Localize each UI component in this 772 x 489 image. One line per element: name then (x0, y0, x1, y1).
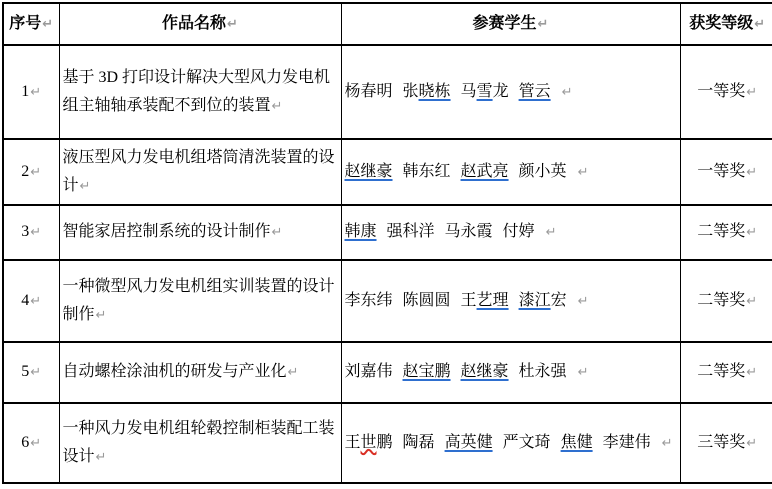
header-cell-award[interactable]: 获奖等级↵ (680, 3, 772, 45)
award-level: 二等奖 (697, 363, 745, 380)
table-row: 1↵基于 3D 打印设计解决大型风力发电机组主轴轴承装配不到位的装置↵杨春明张晓… (3, 45, 772, 139)
student-name: 颜小英 (519, 158, 567, 186)
spellcheck-underline-blue: 艺理 (477, 292, 509, 309)
cell-students[interactable]: 王世鹏陶磊高英健严文琦焦健李建伟↵ (341, 403, 680, 483)
spellcheck-underline-blue: 赵继豪 (461, 363, 509, 380)
name-text: 陶磊 (403, 434, 435, 451)
name-text: 韩东红 (403, 163, 451, 180)
name-text: 王 (345, 434, 361, 451)
paragraph-mark: ↵ (746, 85, 757, 100)
name-text: 马 (461, 83, 477, 100)
name-text: 龙 (493, 83, 509, 100)
paragraph-mark: ↵ (288, 365, 299, 380)
cell-row-number[interactable]: 3↵ (3, 205, 59, 260)
paragraph-mark: ↵ (662, 436, 673, 451)
paragraph-mark: ↵ (746, 365, 757, 380)
paragraph-mark: ↵ (30, 365, 41, 380)
student-name: 赵武亮 (461, 158, 509, 186)
paragraph-mark: ↵ (746, 436, 757, 451)
cell-row-number[interactable]: 4↵ (3, 260, 59, 342)
cell-work-title[interactable]: 一种风力发电机组轮毂控制柜装配工装设计↵ (59, 403, 341, 483)
paragraph-mark: ↵ (578, 165, 589, 180)
cell-award[interactable]: 二等奖↵ (680, 260, 772, 342)
cell-students[interactable]: 李东纬陈圆圆王艺理漆江宏↵ (341, 260, 680, 342)
header-cell-students[interactable]: 参赛学生↵ (341, 3, 680, 45)
paragraph-mark: ↵ (96, 308, 107, 323)
row-number: 3 (21, 223, 29, 240)
student-name: 赵宝鹏 (403, 358, 451, 386)
student-name: 付婷 (503, 218, 535, 246)
cell-work-title[interactable]: 基于 3D 打印设计解决大型风力发电机组主轴轴承装配不到位的装置↵ (59, 45, 341, 139)
award-level: 三等奖 (697, 434, 745, 451)
paragraph-mark: ↵ (30, 436, 41, 451)
student-name: 王艺理 (461, 287, 509, 315)
student-name: 焦健 (561, 429, 593, 457)
paragraph-mark: ↵ (30, 294, 41, 309)
document-page: 序号↵ 作品名称↵ 参赛学生↵ 获奖等级↵ 1↵基于 3D 打印设计解决大型风力… (0, 0, 772, 489)
student-name: 马雪龙 (461, 78, 509, 106)
spellcheck-underline-blue: 赵宝鹏 (403, 363, 451, 380)
name-text: 刘嘉伟 (345, 363, 393, 380)
spellcheck-underline-blue: 焦健 (561, 434, 593, 451)
cell-row-number[interactable]: 2↵ (3, 139, 59, 205)
student-name: 赵继豪 (461, 358, 509, 386)
student-name: 韩康 (345, 218, 377, 246)
name-text: 杨春明 (345, 83, 393, 100)
cell-award[interactable]: 一等奖↵ (680, 45, 772, 139)
name-text: 王 (461, 292, 477, 309)
name-text: 李东纬 (345, 292, 393, 309)
paragraph-mark: ↵ (96, 450, 107, 465)
student-name: 强科洋 (387, 218, 435, 246)
name-text: 宏 (551, 292, 567, 309)
student-name: 马永霞 (445, 218, 493, 246)
paragraph-mark: ↵ (538, 17, 549, 32)
paragraph-mark: ↵ (746, 225, 757, 240)
paragraph-mark: ↵ (746, 165, 757, 180)
paragraph-mark: ↵ (272, 99, 283, 114)
student-name: 漆江宏 (519, 287, 567, 315)
student-name: 赵继豪 (345, 158, 393, 186)
paragraph-mark: ↵ (546, 225, 557, 240)
student-name: 杜永强 (519, 358, 567, 386)
cell-row-number[interactable]: 1↵ (3, 45, 59, 139)
name-text: 严文琦 (503, 434, 551, 451)
paragraph-mark: ↵ (562, 85, 573, 100)
paragraph-mark: ↵ (746, 294, 757, 309)
award-level: 二等奖 (697, 223, 745, 240)
work-title: 液压型风力发电机组塔筒清洗装置的设计 (63, 149, 335, 194)
spellcheck-underline-blue: 韩康 (345, 223, 377, 240)
award-level: 一等奖 (697, 163, 745, 180)
cell-work-title[interactable]: 自动螺栓涂油机的研发与产业化↵ (59, 342, 341, 403)
work-title: 自动螺栓涂油机的研发与产业化 (63, 363, 287, 380)
header-label-students: 参赛学生 (473, 15, 537, 32)
name-text: 张 (403, 83, 419, 100)
award-level: 一等奖 (697, 83, 745, 100)
work-title: 智能家居控制系统的设计制作 (63, 223, 271, 240)
header-cell-no[interactable]: 序号↵ (3, 3, 59, 45)
name-text: 强科洋 (387, 223, 435, 240)
cell-award[interactable]: 二等奖↵ (680, 205, 772, 260)
student-name: 韩东红 (403, 158, 451, 186)
student-name: 李东纬 (345, 287, 393, 315)
header-label-work: 作品名称 (162, 15, 226, 32)
paragraph-mark: ↵ (272, 225, 283, 240)
spellcheck-underline-blue: 晓栋 (419, 83, 451, 100)
awards-table: 序号↵ 作品名称↵ 参赛学生↵ 获奖等级↵ 1↵基于 3D 打印设计解决大型风力… (2, 2, 772, 484)
student-name: 刘嘉伟 (345, 358, 393, 386)
student-name: 杨春明 (345, 78, 393, 106)
spellcheck-underline-blue: 雪 (477, 83, 493, 100)
row-number: 2 (21, 163, 29, 180)
spellcheck-underline-blue: 赵继豪 (345, 163, 393, 180)
paragraph-mark: ↵ (578, 294, 589, 309)
paragraph-mark: ↵ (42, 17, 53, 32)
work-title: 基于 3D 打印设计解决大型风力发电机组主轴轴承装配不到位的装置 (63, 69, 331, 114)
name-text: 陈圆圆 (403, 292, 451, 309)
cell-students[interactable]: 赵继豪韩东红赵武亮颜小英↵ (341, 139, 680, 205)
spellcheck-underline-red: 世 (361, 434, 377, 451)
student-name: 张晓栋 (403, 78, 451, 106)
name-text: 颜小英 (519, 163, 567, 180)
table-row: 5↵自动螺栓涂油机的研发与产业化↵刘嘉伟赵宝鹏赵继豪杜永强↵二等奖↵ (3, 342, 772, 403)
cell-work-title[interactable]: 智能家居控制系统的设计制作↵ (59, 205, 341, 260)
spellcheck-underline-blue: 管云 (519, 83, 551, 100)
student-name: 李建伟 (603, 429, 651, 457)
paragraph-mark: ↵ (754, 17, 765, 32)
name-text: 付婷 (503, 223, 535, 240)
table-row: 2↵液压型风力发电机组塔筒清洗装置的设计↵赵继豪韩东红赵武亮颜小英↵一等奖↵ (3, 139, 772, 205)
student-name: 管云 (519, 78, 551, 106)
paragraph-mark: ↵ (80, 179, 91, 194)
cell-award[interactable]: 一等奖↵ (680, 139, 772, 205)
spellcheck-underline-blue: 高英健 (445, 434, 493, 451)
spellcheck-underline-blue: 漆江 (519, 292, 551, 309)
student-name: 高英健 (445, 429, 493, 457)
cell-students[interactable]: 韩康强科洋马永霞付婷↵ (341, 205, 680, 260)
spellcheck-underline-blue: 赵武亮 (461, 163, 509, 180)
paragraph-mark: ↵ (30, 225, 41, 240)
student-name: 陈圆圆 (403, 287, 451, 315)
award-level: 二等奖 (697, 292, 745, 309)
cell-work-title[interactable]: 一种微型风力发电机组实训装置的设计制作↵ (59, 260, 341, 342)
table-row: 3↵智能家居控制系统的设计制作↵韩康强科洋马永霞付婷↵二等奖↵ (3, 205, 772, 260)
table-row: 6↵一种风力发电机组轮毂控制柜装配工装设计↵王世鹏陶磊高英健严文琦焦健李建伟↵三… (3, 403, 772, 483)
name-text: 李建伟 (603, 434, 651, 451)
paragraph-mark: ↵ (30, 85, 41, 100)
row-number: 6 (21, 434, 29, 451)
row-number: 1 (21, 83, 29, 100)
row-number: 4 (21, 292, 29, 309)
header-label-no: 序号 (9, 15, 41, 32)
cell-row-number[interactable]: 5↵ (3, 342, 59, 403)
awards-table-body: 1↵基于 3D 打印设计解决大型风力发电机组主轴轴承装配不到位的装置↵杨春明张晓… (3, 45, 772, 483)
paragraph-mark: ↵ (227, 17, 238, 32)
table-row: 4↵一种微型风力发电机组实训装置的设计制作↵李东纬陈圆圆王艺理漆江宏↵二等奖↵ (3, 260, 772, 342)
cell-award[interactable]: 三等奖↵ (680, 403, 772, 483)
name-text: 鹏 (377, 434, 393, 451)
paragraph-mark: ↵ (30, 165, 41, 180)
paragraph-mark: ↵ (578, 365, 589, 380)
cell-work-title[interactable]: 液压型风力发电机组塔筒清洗装置的设计↵ (59, 139, 341, 205)
header-cell-work[interactable]: 作品名称↵ (59, 3, 341, 45)
name-text: 马永霞 (445, 223, 493, 240)
student-name: 王世鹏 (345, 429, 393, 457)
cell-students[interactable]: 刘嘉伟赵宝鹏赵继豪杜永强↵ (341, 342, 680, 403)
cell-students[interactable]: 杨春明张晓栋马雪龙管云↵ (341, 45, 680, 139)
table-header-row: 序号↵ 作品名称↵ 参赛学生↵ 获奖等级↵ (3, 3, 772, 45)
header-label-award: 获奖等级 (689, 15, 753, 32)
cell-row-number[interactable]: 6↵ (3, 403, 59, 483)
row-number: 5 (21, 363, 29, 380)
student-name: 严文琦 (503, 429, 551, 457)
cell-award[interactable]: 二等奖↵ (680, 342, 772, 403)
name-text: 杜永强 (519, 363, 567, 380)
student-name: 陶磊 (403, 429, 435, 457)
